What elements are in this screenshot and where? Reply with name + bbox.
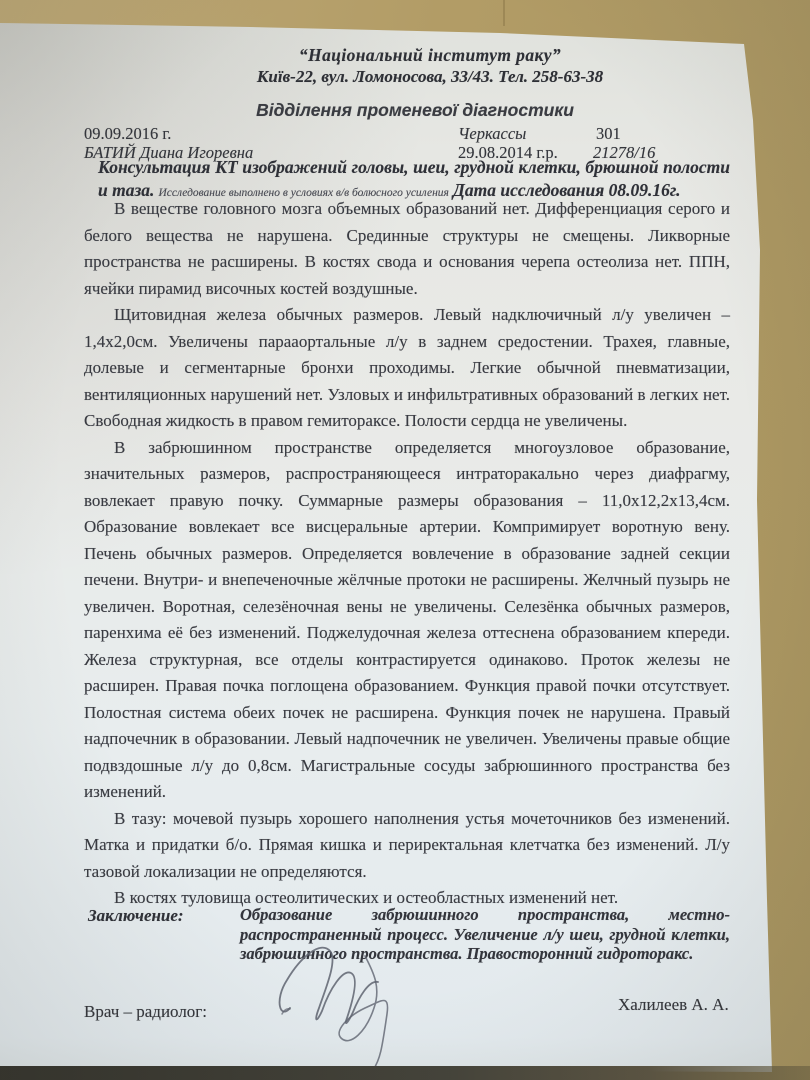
doctor-name: Халилеев А. А. [618,995,729,1015]
table-edge-shadow [0,1066,810,1080]
report-body: В веществе головного мозга объемных обра… [84,196,730,912]
report-paragraph-pelvis: В тазу: мочевой пузырь хорошего наполнен… [84,806,730,886]
institute-address: Київ-22, вул. Ломоносова, 33/43. Тел. 25… [110,67,750,87]
department-title: Відділення променевої діагностики [90,100,740,121]
report-paragraph-abdomen: В забрюшинном пространстве определяется … [84,435,730,806]
report-paragraph-brain: В веществе головного мозга объемных обра… [84,196,730,302]
photographed-document: “Національний інститут раку” Київ-22, ву… [0,0,810,1080]
doctor-role-label: Врач – радиолог: [84,1002,207,1022]
report-date: 09.09.2016 г. [84,124,171,144]
conclusion-label: Заключение: [88,906,184,926]
report-paragraph-chest: Щитовидная железа обычных размеров. Левы… [84,302,730,435]
report-paper-sheet: “Національний інститут раку” Київ-22, ву… [0,0,810,1080]
desk-crease [503,0,505,26]
room-number: 301 [596,124,621,144]
institute-name: “Національний інститут раку” [110,45,750,66]
patient-city: Черкассы [458,124,526,144]
doctor-signature [268,928,473,1076]
